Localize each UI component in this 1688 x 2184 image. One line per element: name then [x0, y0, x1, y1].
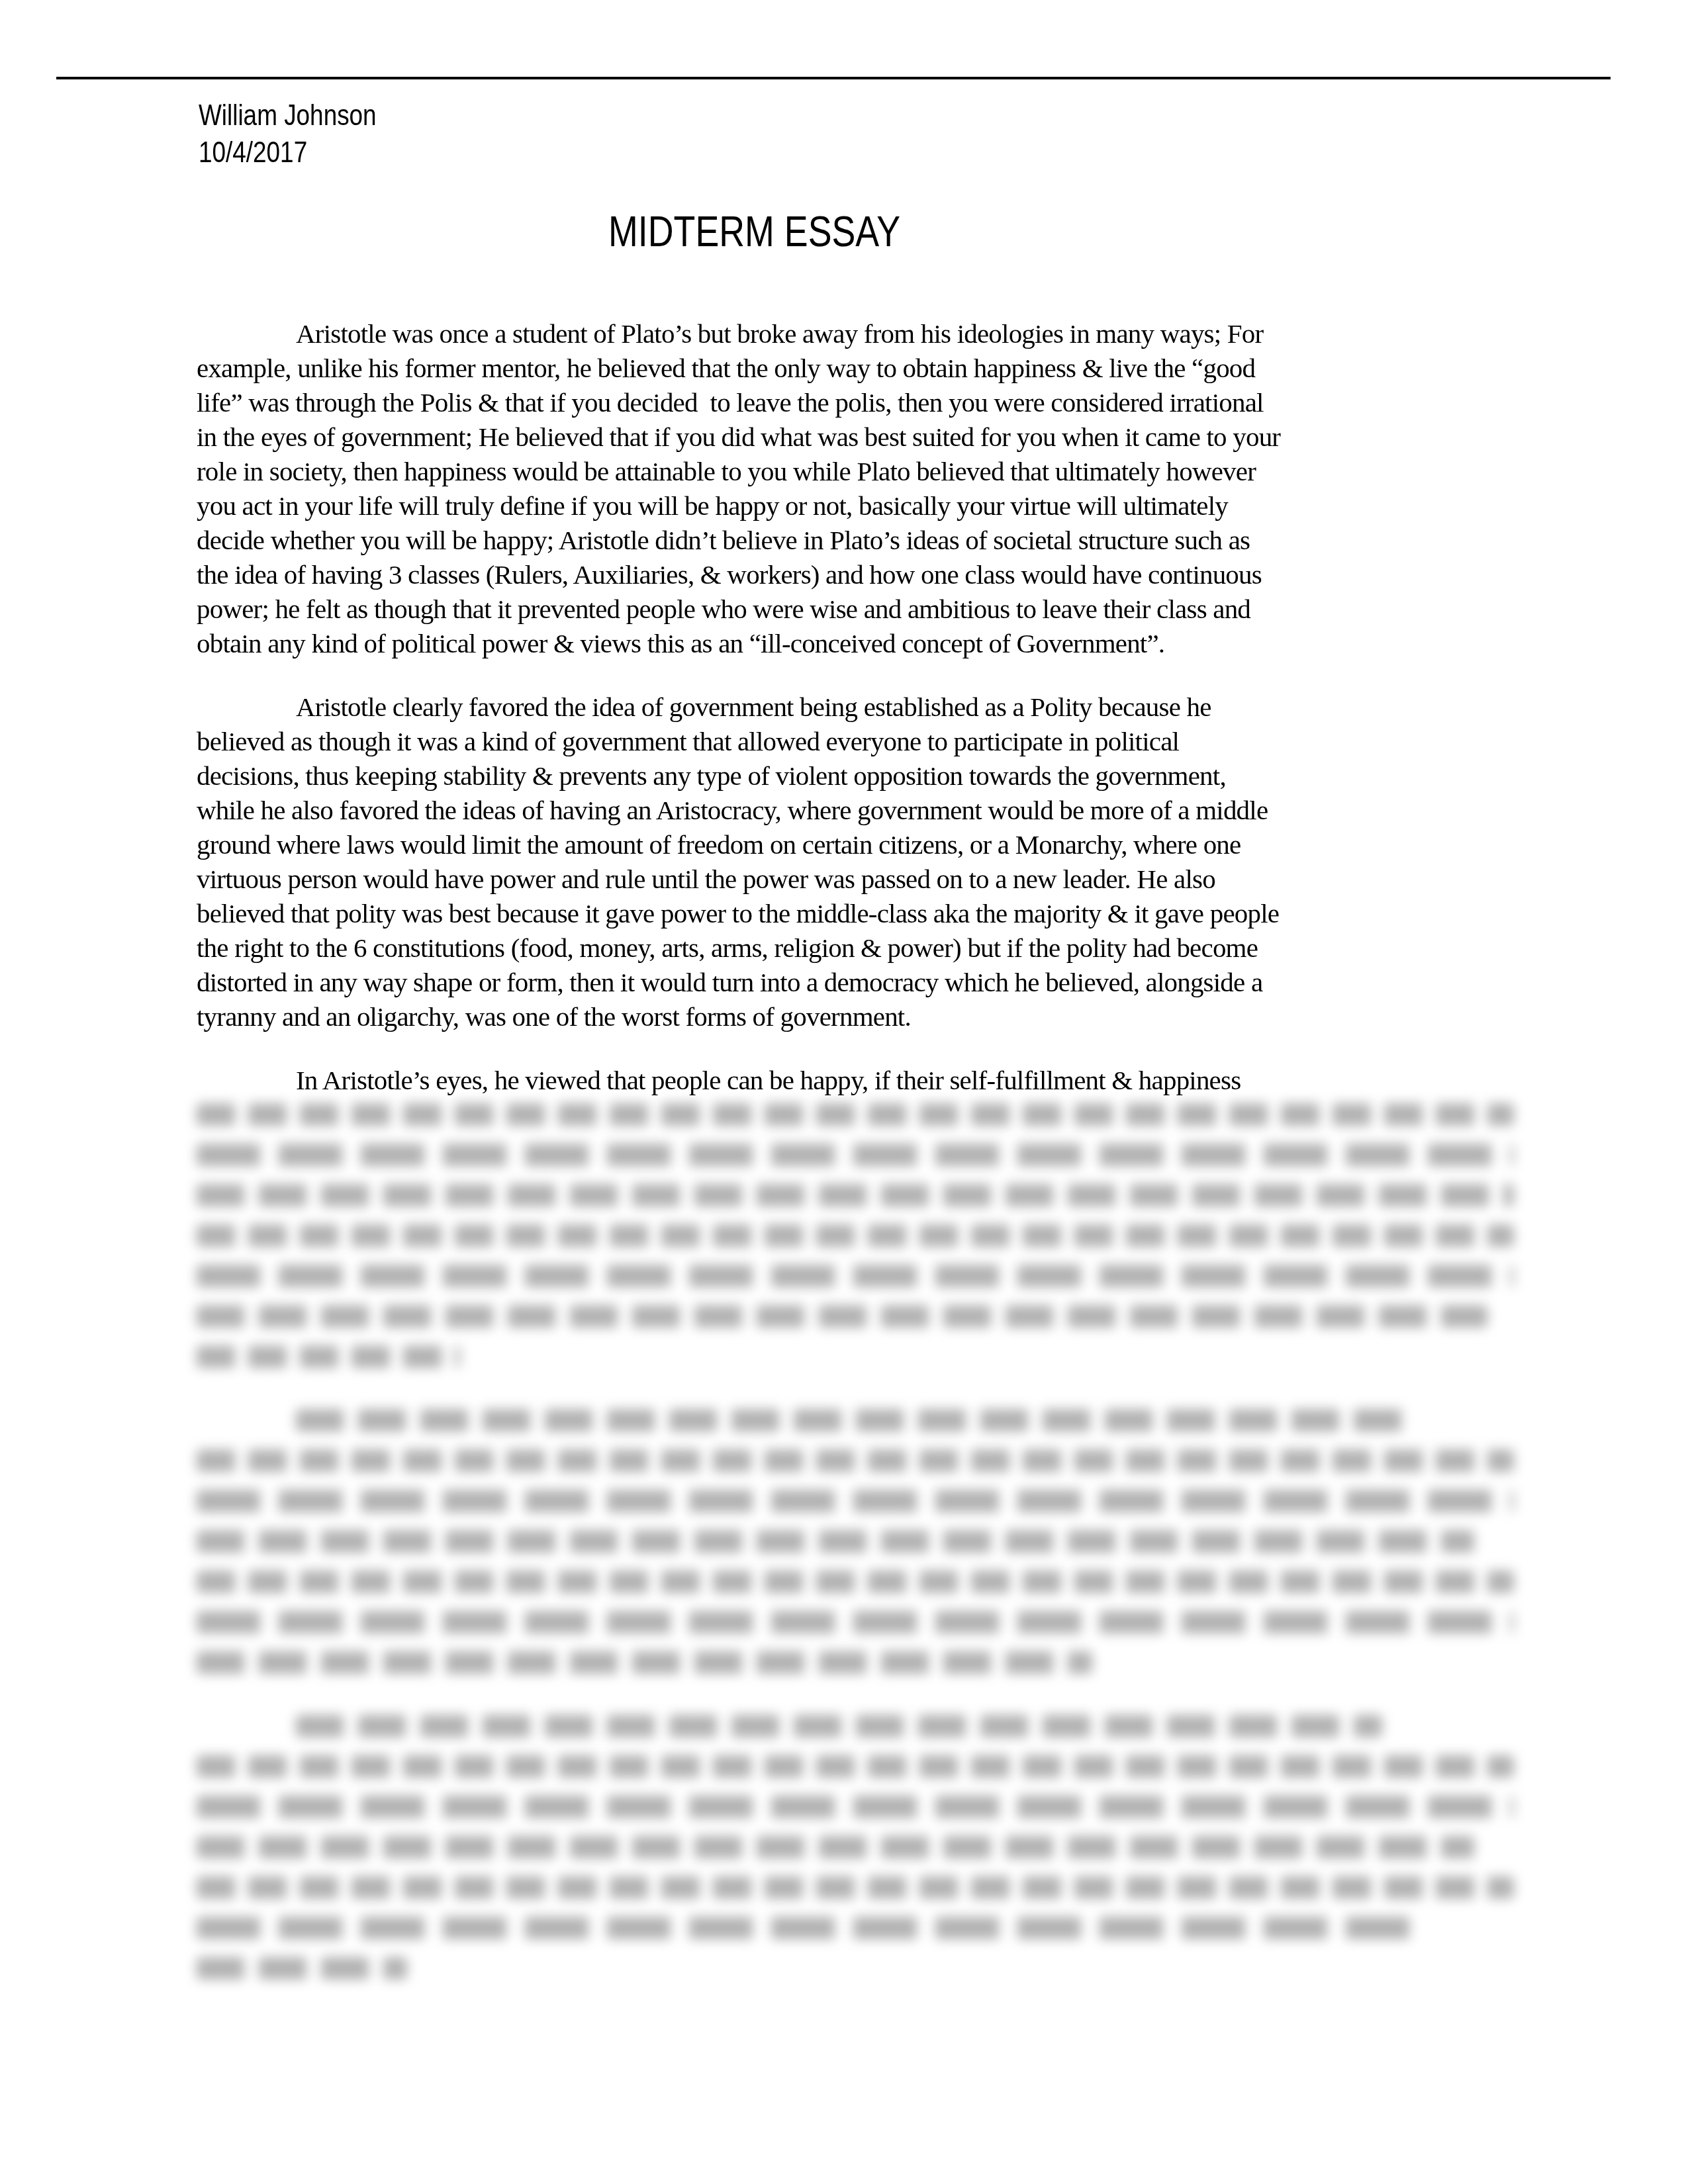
blurred-text-smudge: [197, 1917, 1422, 1939]
blurred-line: [197, 1836, 1514, 1870]
blurred-line: [197, 1957, 1514, 1991]
author-name: William Johnson: [199, 97, 377, 134]
title-row: MIDTERM ESSAY: [0, 210, 1509, 253]
blurred-line: [197, 1449, 1514, 1484]
blurred-text-smudge: [197, 1530, 1474, 1553]
blurred-text-smudge: [197, 1651, 1092, 1674]
blurred-line: [197, 1715, 1514, 1749]
blurred-text-smudge: [197, 1345, 460, 1368]
blurred-text-smudge: [197, 1449, 1514, 1472]
paragraph-text: Aristotle was once a student of Plato’s …: [197, 316, 1514, 660]
blurred-text-smudge: [197, 1490, 1514, 1512]
blurred-line: [197, 1917, 1514, 1951]
blurred-line: [197, 1651, 1514, 1686]
header-rule: [56, 77, 1611, 79]
essay-paragraph: [197, 1409, 1514, 1686]
blurred-text-smudge: [197, 1144, 1514, 1166]
blurred-text-smudge: [197, 1305, 1487, 1328]
blurred-text-smudge: [197, 1957, 407, 1979]
essay-paragraph: Aristotle was once a student of Plato’s …: [197, 316, 1514, 660]
paragraph-text: In Aristotle’s eyes, he viewed that peop…: [197, 1063, 1514, 1097]
blurred-line: [197, 1409, 1514, 1443]
essay-body: Aristotle was once a student of Plato’s …: [197, 316, 1514, 2021]
page-title: MIDTERM ESSAY: [608, 210, 900, 253]
blurred-text-smudge: [197, 1796, 1514, 1818]
essay-paragraph: In Aristotle’s eyes, he viewed that peop…: [197, 1063, 1514, 1380]
essay-paragraph: Aristotle clearly favored the idea of go…: [197, 690, 1514, 1034]
blurred-text-smudge: [197, 1570, 1514, 1593]
blurred-text-smudge: [197, 1224, 1514, 1247]
blurred-text-smudge: [197, 1755, 1514, 1778]
blurred-text-smudge: [197, 1265, 1514, 1287]
blurred-text-smudge: [197, 1611, 1514, 1633]
blurred-line: [197, 1490, 1514, 1524]
blurred-text-smudge: [197, 1184, 1514, 1206]
blurred-line: [197, 1224, 1514, 1259]
blurred-line: [197, 1265, 1514, 1299]
blurred-text-smudge: [197, 1836, 1474, 1858]
blurred-line: [197, 1530, 1514, 1565]
blurred-line: [197, 1144, 1514, 1178]
essay-paragraph: [197, 1715, 1514, 1991]
document-date: 10/4/2017: [199, 134, 377, 171]
blurred-text-smudge: [197, 1876, 1514, 1899]
document-header: William Johnson 10/4/2017: [199, 97, 377, 171]
blurred-line: [197, 1305, 1514, 1340]
blurred-text-smudge: [296, 1409, 1409, 1432]
blurred-line: [197, 1796, 1514, 1830]
blurred-line: [197, 1755, 1514, 1790]
blurred-line: [197, 1570, 1514, 1605]
blurred-text-smudge: [296, 1715, 1382, 1737]
blurred-line: [197, 1611, 1514, 1645]
document-page: William Johnson 10/4/2017 MIDTERM ESSAY …: [0, 0, 1688, 2184]
blurred-line: [197, 1876, 1514, 1911]
paragraph-text: Aristotle clearly favored the idea of go…: [197, 690, 1514, 1034]
blurred-line: [197, 1184, 1514, 1218]
blurred-line: [197, 1103, 1514, 1138]
blurred-line: [197, 1345, 1514, 1380]
blurred-text-smudge: [197, 1103, 1514, 1126]
